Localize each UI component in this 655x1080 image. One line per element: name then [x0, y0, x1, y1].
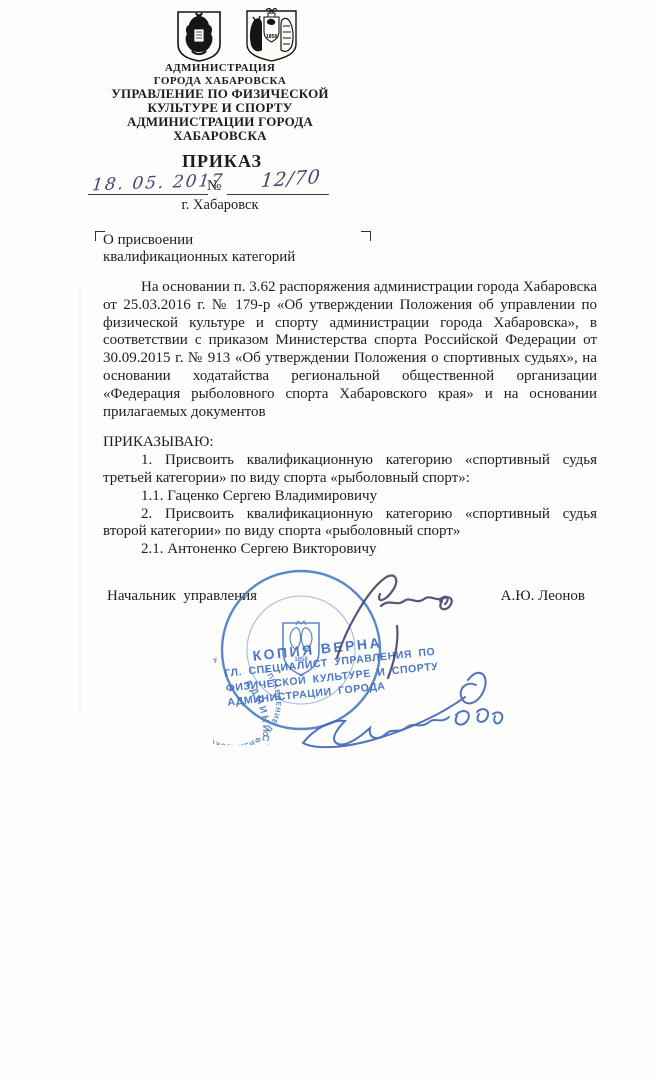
- handwritten-date: 18. 05. 2017: [91, 171, 225, 196]
- order-item: 1.1. Гаценко Сергею Владимировичу: [103, 488, 597, 506]
- city-coat-of-arms-icon: 1858: [243, 8, 300, 63]
- order-item: 1. Присвоить квалификационную категорию …: [103, 452, 597, 488]
- krai-coat-of-arms-icon: [175, 10, 223, 62]
- handwritten-number: 12/70: [260, 166, 322, 192]
- dept-line: ХАБАРОВСКА: [60, 129, 380, 143]
- dept-line: АДМИНИСТРАЦИИ ГОРОДА: [60, 115, 380, 129]
- order-item: 2.1. Антоненко Сергею Викторовичу: [103, 541, 597, 559]
- subject-line: квалификационных категорий: [103, 249, 363, 266]
- place-line: г. Хабаровск: [170, 197, 270, 214]
- preamble-paragraph: На основании п. 3.62 распоряжения админи…: [103, 279, 597, 421]
- date-underline: [88, 194, 208, 195]
- dept-line: УПРАВЛЕНИЕ ПО ФИЗИЧЕСКОЙ: [60, 87, 380, 101]
- scan-edge-artifact: [79, 285, 81, 715]
- subject-line: О присвоении: [103, 232, 363, 249]
- emblem-year: 1858: [266, 34, 278, 40]
- scanned-order-document: 1858 АДМИНИСТРАЦИЯ ГОРОДА ХАБАРОВСКА УПР…: [0, 0, 655, 1080]
- order-body: На основании п. 3.62 распоряжения админи…: [103, 279, 597, 559]
- resolve-heading: ПРИКАЗЫВАЮ:: [103, 434, 597, 452]
- number-sign: №: [207, 178, 221, 195]
- subject-block: О присвоении квалификационных категорий: [103, 232, 363, 265]
- dept-line: КУЛЬТУРЕ И СПОРТУ: [60, 101, 380, 115]
- letterhead-org: АДМИНИСТРАЦИЯ ГОРОДА ХАБАРОВСКА: [60, 62, 380, 87]
- number-underline: [227, 194, 329, 195]
- org-line: АДМИНИСТРАЦИЯ: [60, 62, 380, 75]
- letterhead-department: УПРАВЛЕНИЕ ПО ФИЗИЧЕСКОЙ КУЛЬТУРЕ И СПОР…: [60, 87, 380, 143]
- order-item: 2. Присвоить квалификационную категорию …: [103, 506, 597, 542]
- signer-name: А.Ю. Леонов: [501, 588, 585, 605]
